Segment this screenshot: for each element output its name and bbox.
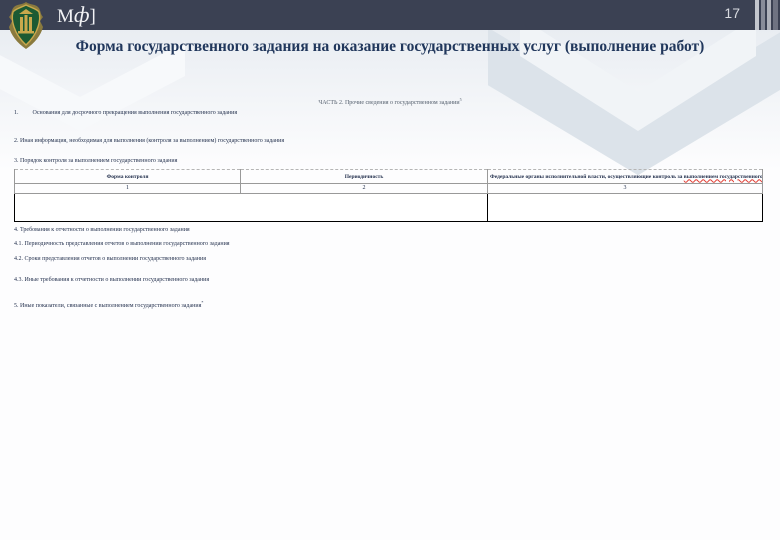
part-2-heading: ЧАСТЬ 2. Прочие сведения о государственн… [0,96,780,107]
table-header-row: Форма контроля Периодичность Федеральные… [15,170,763,184]
column-number-2: 2 [241,184,488,194]
control-table: Форма контроля Периодичность Федеральные… [14,169,763,222]
item-number: 3. [14,158,19,164]
embedded-document: ЧАСТЬ 2. Прочие сведения о государственн… [0,0,780,540]
minfin-emblem-icon [5,1,47,50]
item-text: Требования к отчетности о выполнении гос… [20,227,190,233]
form-item-4-1: 4.1. Периодичность представления отчетов… [14,241,230,248]
logo-wordmark: Мф] [57,2,96,30]
form-item-4: 4. Требования к отчетности о выполнении … [14,227,190,234]
item-text: Сроки представления отчетов о выполнении… [25,256,206,262]
presentation-slide: Мф] 17 Форма государственного задания на… [0,0,780,540]
item-number: 2. [14,138,19,144]
form-item-1: 1.Основания для досрочного прекращения в… [14,110,237,117]
form-item-3: 3. Порядок контроля за выполнением госуд… [14,158,177,165]
table-column-numbers-row: 1 2 3 [15,184,763,194]
form-item-4-3: 4.3. Иные требования к отчетности о выпо… [14,277,209,284]
empty-cell-federal-bodies [488,194,763,222]
column-number-3: 3 [488,184,763,194]
stripe [761,0,765,30]
item-number: 4.1. [14,241,23,247]
logo-bracket: ] [90,6,96,27]
item-text: Периодичность представления отчетов о вы… [25,241,230,247]
table-header-federal-bodies: Федеральные органы исполнительной власти… [488,170,763,184]
stripe [755,0,759,30]
empty-cell-form-periodicity [15,194,488,222]
page-number: 17 [724,5,740,21]
table-header-control-form: Форма контроля [15,170,241,184]
logo-letter-m: М [57,6,74,27]
item-number: 4. [14,227,19,233]
item-text: Иные показатели, связанные с выполнением… [20,303,201,309]
item-5-footnote-mark: * [201,300,203,305]
item-text: Иная информация, необходимая для выполне… [20,138,284,144]
stripe [773,0,778,30]
item-text: Порядок контроля за выполнением государс… [20,158,177,164]
form-item-4-2: 4.2. Сроки представления отчетов о выпол… [14,256,206,263]
part-2-footnote-mark: 5 [460,97,462,102]
stripe [767,0,771,30]
header-text-spellchecked: выполнением государственного задания [684,174,763,180]
item-text: Иные требования к отчетности о выполнени… [25,277,210,283]
logo-letter-f: ф [74,2,90,27]
table-header-periodicity: Периодичность [241,170,488,184]
form-item-2: 2. Иная информация, необходимая для выпо… [14,138,284,145]
item-number: 1. [14,110,19,116]
column-number-1: 1 [15,184,241,194]
header-text: Федеральные органы исполнительной власти… [490,174,684,180]
part-2-heading-text: ЧАСТЬ 2. Прочие сведения о государственн… [318,100,459,106]
item-number: 4.3. [14,277,23,283]
item-number: 5. [14,303,19,309]
top-bar [0,0,780,30]
item-number: 4.2. [14,256,23,262]
item-text: Основания для досрочного прекращения вып… [33,110,238,116]
corner-stripes-decoration [755,0,778,30]
form-item-5: 5. Иные показатели, связанные с выполнен… [14,299,203,310]
table-empty-body-row [15,194,763,222]
